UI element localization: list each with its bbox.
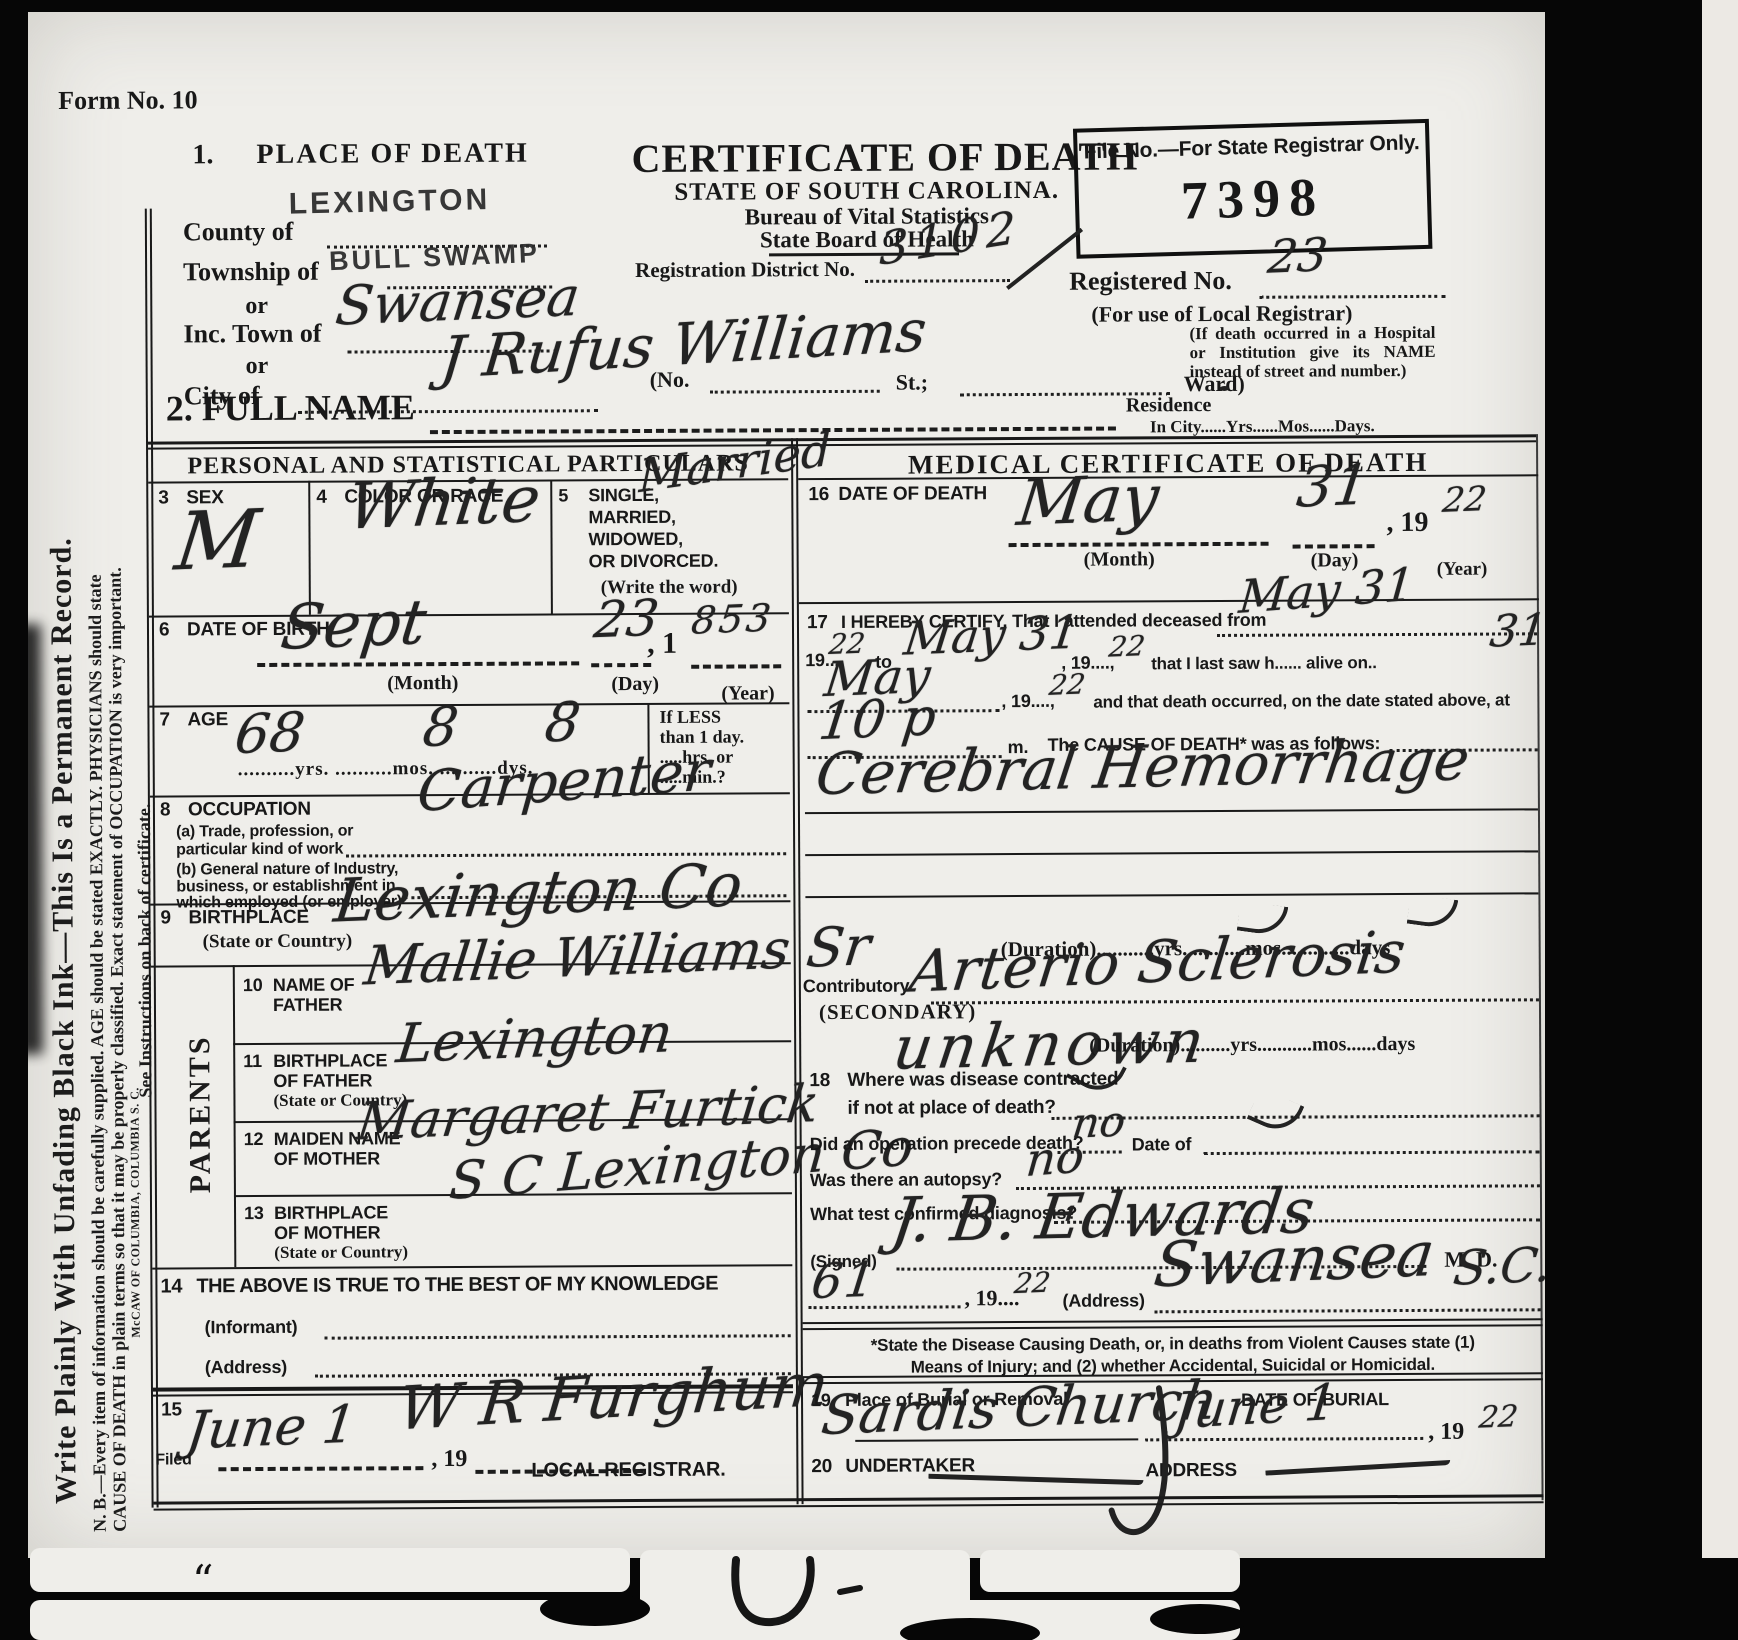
- duration-line-2: (Duration)..........yrs...........mos...…: [1089, 1033, 1415, 1058]
- scan-edge: [0, 0, 1738, 12]
- occupation-label: OCCUPATION: [188, 799, 311, 822]
- truth-statement: THE ABOVE IS TRUE TO THE BEST OF MY KNOW…: [196, 1273, 718, 1299]
- birthplace-number: 9: [160, 907, 170, 929]
- marital-option-4: OR DIVORCED.: [589, 551, 719, 573]
- burial-date-handwriting: June 1: [1171, 1373, 1340, 1440]
- question-18-number: 18: [809, 1070, 830, 1092]
- dob-year-print: , 1: [647, 627, 677, 661]
- dob-month-handwriting: Sept: [277, 585, 430, 664]
- sex-handwriting: M: [171, 492, 264, 588]
- dashed-leader: [691, 664, 781, 668]
- street-label: St.;: [896, 370, 929, 396]
- dob-year-handwriting: 853: [689, 595, 776, 642]
- occupation-a-line-2: particular kind of work: [176, 841, 343, 860]
- death-year-caption: (Year): [1437, 559, 1488, 581]
- occupation-a-line-1: (a) Trade, profession, or: [176, 823, 353, 842]
- father-number: 10: [243, 975, 263, 996]
- age-label: AGE: [187, 709, 228, 731]
- dashed-leader: [1293, 544, 1375, 548]
- filed-date-handwriting: June 1: [183, 1395, 359, 1462]
- last-saw-day-handwriting: 31: [1487, 604, 1549, 657]
- ink-dot: [1220, 386, 1229, 391]
- dashed-leader: [218, 1466, 423, 1471]
- if-less-line-1: If LESS: [659, 707, 721, 728]
- death-month-handwriting: May: [1014, 461, 1163, 541]
- file-number: 7398: [1078, 163, 1428, 235]
- ink-stroke: [1265, 1460, 1450, 1476]
- father-birthplace-handwriting: Lexington: [393, 1001, 676, 1075]
- scanned-death-certificate: Write Plainly With Unfading Black Ink—Th…: [0, 0, 1738, 1640]
- address-state-handwriting: S.C.: [1451, 1237, 1555, 1297]
- or-label-1: or: [245, 293, 268, 320]
- scan-tear: [980, 1550, 1240, 1592]
- inc-town-label: Inc. Town of: [183, 319, 321, 350]
- death-year-handwriting: 22: [1440, 479, 1488, 521]
- marital-number: 5: [558, 485, 568, 506]
- address-label: (Address): [1062, 1290, 1144, 1311]
- autopsy-answer-handwriting: no: [1024, 1129, 1086, 1187]
- informant-label: (Informant): [205, 1317, 298, 1338]
- full-name-label: 2. FULL NAME: [166, 386, 415, 429]
- dotted-leader: [1259, 295, 1445, 299]
- registrar-signature-handwriting: W R Furghum: [395, 1350, 831, 1445]
- question-18-line-2: if not at place of death?: [847, 1097, 1055, 1120]
- father-birthplace-label-1: BIRTHPLACE: [273, 1050, 387, 1072]
- scan-edge: [0, 0, 28, 1640]
- dob-day-caption: (Day): [611, 673, 659, 696]
- age-number: 7: [159, 709, 169, 731]
- local-registrar-label: LOCAL REGISTRAR.: [531, 1459, 725, 1483]
- registration-district-label: Registration District No.: [635, 257, 855, 283]
- mother-birthplace-number: 13: [244, 1203, 264, 1224]
- dashed-leader: [591, 663, 651, 667]
- burial-year-handwriting: 22: [1477, 1399, 1520, 1436]
- ink-mark: “: [192, 1556, 213, 1605]
- mother-number: 12: [244, 1129, 264, 1150]
- death-occurred-label: and that death occurred, on the date sta…: [1093, 690, 1509, 712]
- certificate-title: CERTIFICATE OF DEATH: [631, 133, 1101, 182]
- board-line: State Board of Health: [632, 226, 1102, 254]
- scan-edge-strip: [1702, 0, 1738, 1558]
- race-number: 4: [316, 487, 326, 509]
- township-label: Township of: [183, 257, 319, 288]
- race-handwriting: White: [344, 463, 545, 545]
- year-print-d: , 19....: [964, 1285, 1019, 1311]
- contributory-label: Contributory: [803, 976, 910, 998]
- death-day-handwriting: 31: [1293, 453, 1372, 521]
- margin-note-bold: Write Plainly With Unfading Black Ink—Th…: [45, 537, 84, 1504]
- birthplace-label: BIRTHPLACE: [188, 907, 309, 930]
- year-handwriting-b: 22: [1107, 629, 1147, 663]
- year-handwriting-c: 22: [1047, 667, 1087, 701]
- scan-edge: [1545, 0, 1702, 1640]
- question-18-line-1: Where was disease contracted: [847, 1069, 1118, 1092]
- rule: [799, 598, 1539, 604]
- residence-label: Residence: [1126, 394, 1212, 417]
- dob-number: 6: [159, 619, 169, 641]
- dotted-leader: [1155, 1308, 1541, 1313]
- occupation-handwriting: Carpenter: [415, 739, 713, 826]
- marital-option-2: MARRIED,: [588, 507, 676, 528]
- dotted-leader: [1204, 1150, 1540, 1155]
- dashed-leader: [257, 661, 579, 667]
- mother-birthplace-label-1: BIRTHPLACE: [274, 1202, 388, 1224]
- footnote-line-1: *State the Disease Causing Death, or, in…: [803, 1332, 1543, 1356]
- rule: [550, 479, 553, 613]
- ink-stroke: [1247, 1087, 1305, 1137]
- cause-of-death-handwriting: Cerebral Hemorrhage: [812, 725, 1474, 808]
- last-saw-label: that I last saw h...... alive on..: [1151, 653, 1377, 674]
- medical-section-header: MEDICAL CERTIFICATE OF DEATH: [798, 446, 1538, 481]
- death-year-print: , 19: [1386, 507, 1428, 539]
- occupation-number: 8: [160, 799, 170, 821]
- rule: [803, 1318, 1543, 1324]
- scan-tear: [540, 1592, 650, 1626]
- file-number-box: File No.—For State Registrar Only. 7398: [1073, 119, 1432, 259]
- father-birthplace-number: 11: [243, 1051, 262, 1072]
- age-days-handwriting: 8: [542, 690, 584, 754]
- county-label: County of: [183, 217, 294, 248]
- rule: [152, 1264, 792, 1269]
- mother-birthplace-label-2: OF MOTHER: [274, 1222, 380, 1244]
- date-of-death-number: 16: [808, 484, 829, 506]
- undertaker-number: 20: [811, 1456, 832, 1478]
- parents-label: PARENTS: [183, 1034, 218, 1193]
- birthplace-hint: (State or Country): [203, 931, 353, 954]
- father-label-1: NAME OF: [273, 975, 355, 996]
- ink-flourish: [1097, 1384, 1188, 1544]
- section-1-number: 1.: [192, 139, 213, 171]
- dotted-leader: [325, 1334, 791, 1339]
- registered-no-handwriting: 23: [1265, 227, 1330, 283]
- address-handwriting: Swansea: [1151, 1217, 1439, 1301]
- attended-from-handwriting: May 31: [1237, 557, 1417, 624]
- place-of-death-title: PLACE OF DEATH: [256, 138, 528, 171]
- dob-month-caption: (Month): [387, 672, 458, 695]
- rule: [803, 1324, 1543, 1330]
- father-birthplace-label-2: OF FATHER: [273, 1070, 372, 1092]
- sex-number: 3: [158, 487, 168, 509]
- or-label-2: or: [246, 353, 269, 380]
- residence-line: In City......Yrs......Mos......Days.: [1150, 416, 1375, 437]
- contributory-handwriting: Arterio Sclerosis: [906, 918, 1409, 1006]
- registered-no-label: Registered No.: [1069, 266, 1232, 297]
- filed-label: Filed: [155, 1451, 191, 1469]
- hospital-note: (If death occurred in a Hospital or Inst…: [1189, 323, 1435, 381]
- rule: [855, 1438, 1138, 1441]
- certify-number: 17: [807, 612, 828, 634]
- rule: [805, 850, 1538, 856]
- filed-number: 15: [161, 1399, 182, 1421]
- scan-tear: [30, 1548, 630, 1592]
- margin-note-nb2: CAUSE OF DEATH in plain terms so that it…: [105, 567, 131, 1532]
- dotted-leader: [710, 390, 880, 394]
- age-years-handwriting: 68: [232, 700, 308, 766]
- informant-address-label: (Address): [205, 1357, 287, 1378]
- rule: [233, 965, 237, 1267]
- ink-flourish: [710, 1552, 950, 1638]
- filed-year-print: , 19: [431, 1446, 467, 1473]
- mother-birthplace-hint: (State or Country): [274, 1242, 408, 1263]
- ink-stroke: [1407, 894, 1459, 930]
- rule: [805, 808, 1538, 814]
- signed-day-handwriting: 61: [809, 1252, 881, 1311]
- truth-number: 14: [160, 1275, 182, 1298]
- date-of-label: Date of: [1132, 1134, 1192, 1155]
- county-stamp: LEXINGTON: [288, 183, 490, 222]
- file-box-title: File No.—For State Registrar Only.: [1077, 131, 1426, 165]
- burial-year-print: , 19: [1428, 1419, 1464, 1446]
- father-label-2: FATHER: [273, 995, 343, 1016]
- margin-note-printer: McCAW OF COLUMBIA, COLUMBIA S. C.: [127, 1087, 143, 1338]
- marital-option-3: WIDOWED,: [588, 529, 682, 550]
- year-handwriting-d: 22: [1013, 1266, 1053, 1300]
- certificate-content: Write Plainly With Unfading Black Ink—Th…: [0, 0, 1738, 1640]
- dotted-leader: [809, 1305, 961, 1309]
- death-month-caption: (Month): [1084, 548, 1155, 571]
- dotted-leader: [865, 279, 1010, 283]
- date-of-death-label: DATE OF DEATH: [838, 483, 987, 506]
- age-months-handwriting: 8: [420, 695, 462, 759]
- dashed-leader: [1009, 542, 1269, 547]
- scan-tear: [1150, 1604, 1250, 1634]
- form-number: Form No. 10: [58, 85, 198, 116]
